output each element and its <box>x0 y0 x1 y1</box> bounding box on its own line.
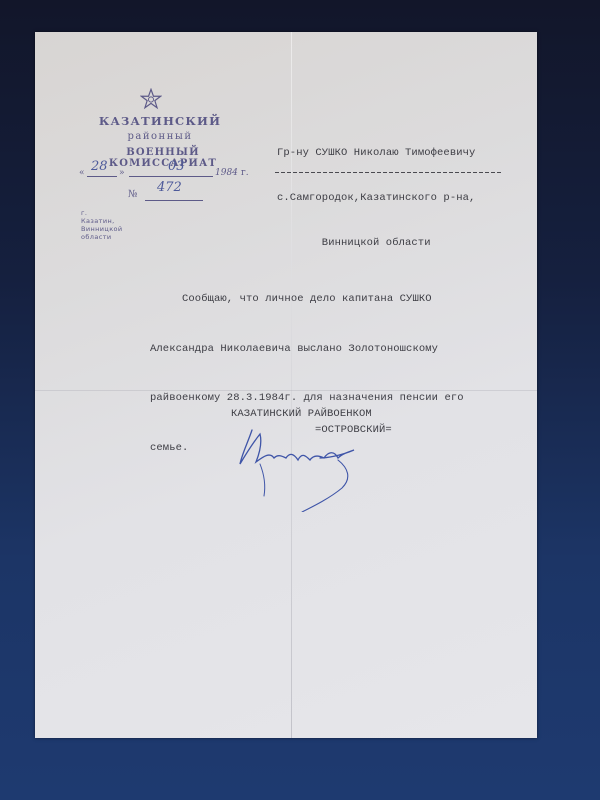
body-line-1: Сообщаю, что личное дело капитана СУШКО <box>150 291 464 308</box>
letter-page: КАЗАТИНСКИЙ районный ВОЕННЫЙ КОМИССАРИАТ… <box>35 32 537 738</box>
stamp-date-day: 28 <box>91 159 108 174</box>
handwritten-signature <box>230 412 370 512</box>
stamp-number-label: № <box>128 189 137 200</box>
stamp-address: г. Казатин, Винницкой области <box>81 209 123 241</box>
stamp-number-value: 472 <box>157 180 182 195</box>
stamp-date-month: 03 <box>168 159 185 174</box>
stamp-year-suffix: г. <box>241 168 249 178</box>
recipient-line-3: Винницкой области <box>277 236 475 251</box>
stamp-year: 1984 <box>215 168 238 178</box>
recipient-address: Гр-ну СУШКО Николаю Тимофеевичу с.Самгор… <box>277 116 475 281</box>
body-line-2: Александра Николаевича выслано Золотонош… <box>150 341 464 358</box>
stamp-line-1: КАЗАТИНСКИЙ <box>90 114 230 128</box>
recipient-underline <box>275 172 501 173</box>
soviet-star-icon <box>140 88 162 110</box>
body-line-3: райвоенкому 28.3.1984г. для назначения п… <box>150 390 464 407</box>
recipient-line-1: Гр-ну СУШКО Николаю Тимофеевичу <box>277 146 475 161</box>
recipient-line-2: с.Самгородок,Казатинского р-на, <box>277 191 475 206</box>
stamp-line-2: районный <box>90 131 230 142</box>
